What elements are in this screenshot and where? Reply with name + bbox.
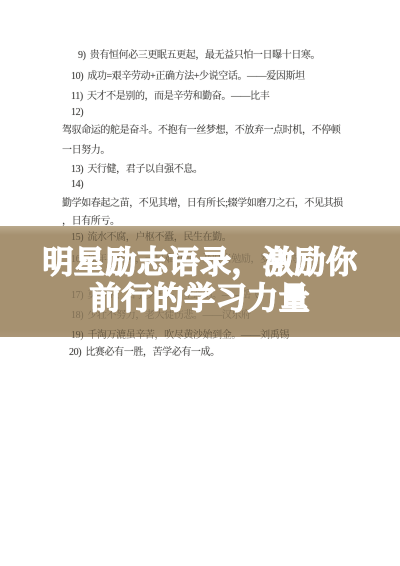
document-line: 9) 贵有恒何必三更眠五更起，最无益只怕一日曝十日寒。 [78,46,320,61]
banner-title: 明星励志语录，激励你 前行的学习力量 [0,245,400,317]
banner-title-line-1: 明星励志语录，激励你 [0,245,400,281]
document-line: 驾驭命运的舵是奋斗。不抱有一丝梦想，不放弃一点时机，不停顿 [62,121,340,136]
obscured-document-line: 19) 千淘万漉虽辛苦，吹尽黄沙始到金。——刘禹锡 [71,326,289,341]
document-line: ，日有所亏。 [62,212,120,227]
scanned-article-page: 9) 贵有恒何必三更眠五更起，最无益只怕一日曝十日寒。10) 成功=艰辛劳动+正… [0,0,400,566]
document-line: 勤学如春起之苗，不见其增，日有所长;辍学如磨刀之石，不见其损 [62,194,343,209]
document-line: 14) [71,179,83,190]
banner-title-line-2: 前行的学习力量 [0,281,400,317]
document-line: 一日努力。 [62,141,110,156]
document-line: 11) 天才不是别的，而是辛劳和勤奋。——比丰 [71,87,269,102]
document-line: 13) 天行健，君子以自强不息。 [71,160,203,175]
obscured-document-line: 15) 流水不腐，户枢不蠹，民生在勤。 [71,228,231,243]
document-line: 10) 成功=艰辛劳动+正确方法+少说空话。——爱因斯坦 [71,67,305,82]
document-line: 20) 比赛必有一胜，苦学必有一成。 [69,343,220,358]
document-line: 12) [71,107,83,118]
